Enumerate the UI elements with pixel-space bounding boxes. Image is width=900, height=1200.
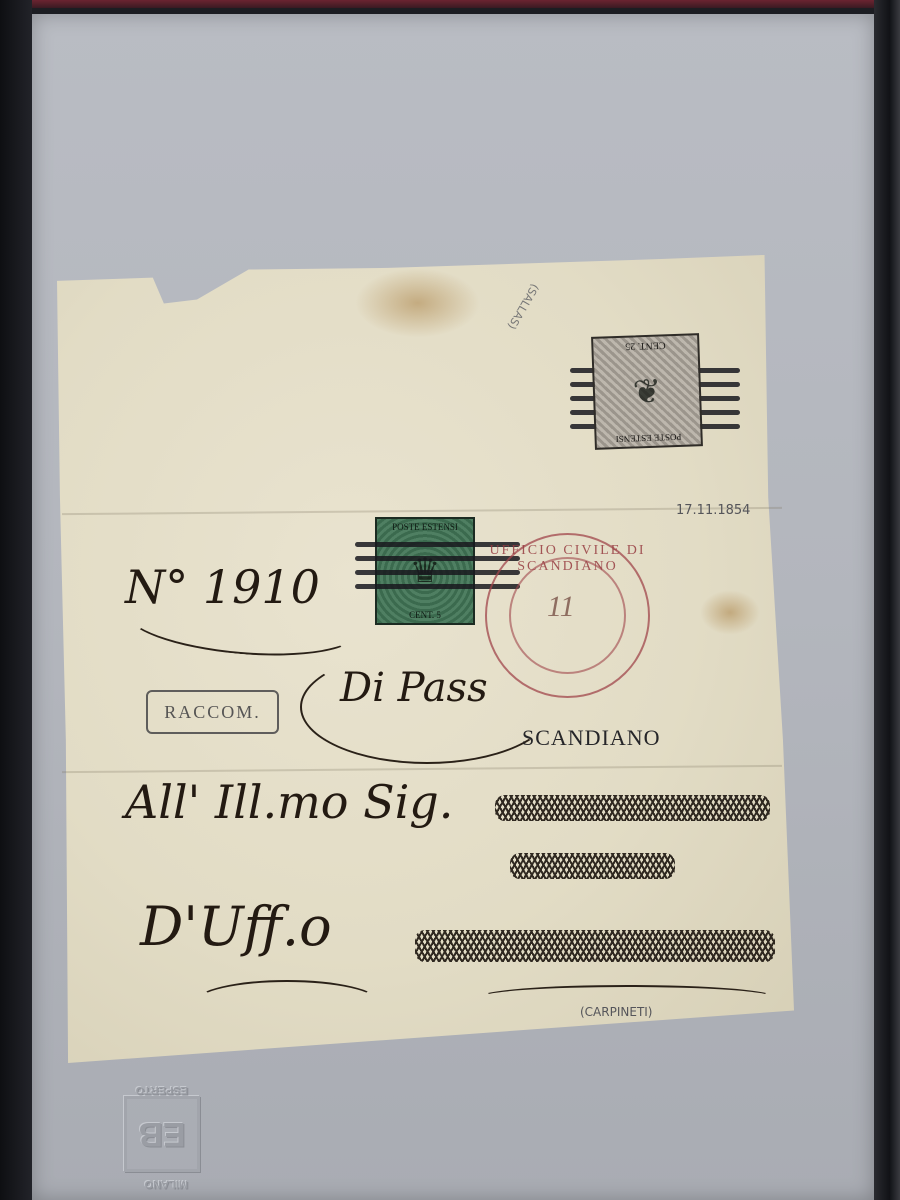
postmark-text: UFFICIO CIVILE DI SCANDIANO bbox=[487, 543, 648, 575]
manuscript-line: Di Pass bbox=[340, 665, 488, 711]
emboss-monogram: EB bbox=[124, 1096, 200, 1172]
stamp-inscription: CENT. 25 bbox=[593, 338, 697, 353]
frame-right bbox=[874, 0, 900, 1200]
crown-wreath-icon: ❦ bbox=[632, 371, 662, 412]
emboss-top-text: MILANO bbox=[145, 1178, 188, 1190]
manuscript-closing: D'Uff.o bbox=[140, 895, 332, 958]
emboss-bottom-text: ESPERTO bbox=[136, 1084, 188, 1096]
top-frame-strip bbox=[0, 0, 900, 8]
crossed-out-place bbox=[415, 930, 775, 962]
pen-flourish bbox=[195, 980, 379, 1024]
pencil-date: 17.11.1854 bbox=[676, 503, 750, 518]
frame-left bbox=[0, 0, 32, 1200]
crossed-out-name bbox=[510, 853, 675, 879]
crossed-out-name bbox=[495, 795, 770, 821]
stamp-inscription: POSTE ESTENSI bbox=[596, 431, 700, 445]
expert-emboss-mark: MILANO EB ESPERTO bbox=[108, 1080, 218, 1190]
raccomandata-box-stamp: RACCOM. bbox=[146, 690, 279, 734]
stamp-25-cent: CENT. 25 ❦ POSTE ESTENSI bbox=[591, 333, 703, 450]
manuscript-address: All' Ill.mo Sig. bbox=[125, 775, 453, 829]
postmark-numeral: 11 bbox=[547, 590, 575, 624]
foxing-stain bbox=[700, 590, 760, 635]
pencil-place-note: (CARPINETI) bbox=[580, 1005, 653, 1019]
stamp-inscription: POSTE ESTENSI bbox=[377, 522, 473, 532]
foxing-stain bbox=[355, 268, 480, 338]
manuscript-number: N° 1910 bbox=[125, 560, 320, 614]
town-straight-line-stamp: SCANDIANO bbox=[522, 725, 661, 751]
